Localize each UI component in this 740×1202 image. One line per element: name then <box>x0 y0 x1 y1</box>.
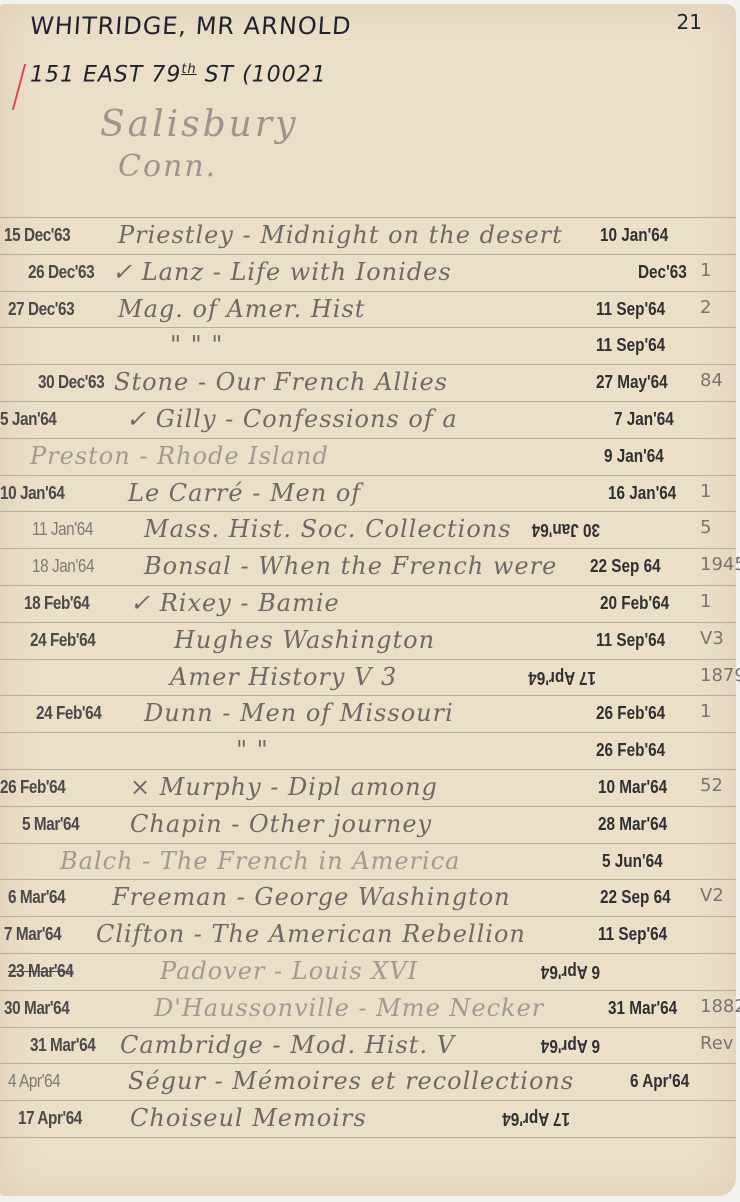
date-out-stamp: 24 Feb'64 <box>36 703 101 724</box>
date-due-stamp: 20 Feb'64 <box>600 593 669 614</box>
date-out-stamp: 27 Dec'63 <box>8 299 74 320</box>
date-out-stamp: 18 Jan'64 <box>32 556 94 577</box>
loan-entry-row: 10 Jan'64Le Carré - Men of16 Jan'641 <box>0 475 736 512</box>
margin-pencil-mark: 1945 <box>700 554 740 575</box>
date-due-stamp: 6 Apr'64 <box>541 1035 600 1056</box>
date-due-stamp: 11 Sep'64 <box>598 924 667 945</box>
date-due-stamp: 22 Sep 64 <box>600 887 671 908</box>
book-title-handwritten: ✓ Lanz - Life with Ionides <box>112 258 452 286</box>
book-title-handwritten: Amer History V 3 <box>170 663 397 691</box>
loan-entry-row: 26 Feb'64× Murphy - Dipl among10 Mar'645… <box>0 769 736 806</box>
loan-entry-row: Amer History V 317 Apr'641879 <box>0 659 736 696</box>
date-due-stamp: 9 Jan'64 <box>604 446 664 467</box>
book-title-handwritten: Padover - Louis XVI <box>160 957 418 985</box>
date-due-stamp: 22 Sep 64 <box>590 556 661 577</box>
date-due-stamp: 17 Apr'64 <box>528 667 596 688</box>
date-out-stamp: 4 Apr'64 <box>8 1071 60 1092</box>
date-due-stamp: 26 Feb'64 <box>596 703 665 724</box>
margin-pencil-mark: 52 <box>700 775 723 796</box>
date-due-stamp: 17 Apr'64 <box>502 1108 570 1129</box>
date-out-stamp: 30 Mar'64 <box>4 998 69 1019</box>
date-out-stamp: 5 Jan'64 <box>0 409 56 430</box>
loan-entry-row: 23 Mar'64Padover - Louis XVI6 Apr'64 <box>0 953 736 990</box>
book-title-handwritten: Stone - Our French Allies <box>114 368 448 396</box>
margin-pencil-mark: 2 <box>700 297 711 318</box>
address-suffix: th <box>181 62 196 77</box>
margin-pencil-mark: 84 <box>700 370 723 391</box>
date-due-stamp: 6 Apr'64 <box>630 1071 689 1092</box>
margin-pencil-mark: Rev <box>700 1033 733 1054</box>
book-title-handwritten: ✓ Rixey - Bamie <box>130 589 340 617</box>
date-due-stamp: 10 Jan'64 <box>600 225 668 246</box>
date-out-stamp: 6 Mar'64 <box>8 887 65 908</box>
book-title-handwritten: Ségur - Mémoires et recollections <box>128 1067 574 1095</box>
loan-entry-row: 31 Mar'64Cambridge - Mod. Hist. V6 Apr'6… <box>0 1027 736 1064</box>
circulation-card: WHITRIDGE, MR ARNOLD 151 EAST 79th ST (1… <box>0 4 736 1196</box>
date-due-stamp: 30 Jan'64 <box>532 519 600 540</box>
book-title-handwritten: ✓ Gilly - Confessions of a <box>126 405 458 433</box>
book-title-handwritten: Clifton - The American Rebellion <box>96 920 526 948</box>
loan-entry-row: " " "11 Sep'64 <box>0 327 736 364</box>
date-out-stamp: 15 Dec'63 <box>4 225 70 246</box>
date-out-stamp: 23 Mar'64 <box>8 961 73 982</box>
loan-entry-row: 30 Mar'64D'Haussonville - Mme Necker31 M… <box>0 990 736 1027</box>
date-out-stamp: 10 Jan'64 <box>0 483 64 504</box>
pencil-note-town: Salisbury <box>100 104 298 145</box>
patron-name: WHITRIDGE, MR ARNOLD <box>29 12 353 40</box>
loan-entry-row: 18 Feb'64✓ Rixey - Bamie20 Feb'641 <box>0 585 736 622</box>
date-out-stamp: 31 Mar'64 <box>30 1035 95 1056</box>
date-out-stamp: 26 Dec'63 <box>28 262 94 283</box>
date-due-stamp: 10 Mar'64 <box>598 777 667 798</box>
address-rest: ST (10021 <box>205 62 327 87</box>
loan-entry-row: 6 Mar'64Freeman - George Washington22 Se… <box>0 879 736 916</box>
loan-entry-row: 4 Apr'64Ségur - Mémoires et recollection… <box>0 1063 736 1100</box>
address-street: 151 EAST 79 <box>30 62 181 87</box>
patron-address: 151 EAST 79th ST (10021 <box>30 62 327 87</box>
loan-entry-row: 30 Dec'63Stone - Our French Allies27 May… <box>0 364 736 401</box>
book-title-handwritten: Balch - The French in America <box>60 847 460 875</box>
card-number: 21 <box>677 10 702 34</box>
margin-pencil-mark: 5 <box>700 517 711 538</box>
red-check-mark <box>0 64 26 110</box>
loan-entry-row: 18 Jan'64Bonsal - When the French were22… <box>0 548 736 585</box>
date-due-stamp: 16 Jan'64 <box>608 483 676 504</box>
loan-entry-row: Balch - The French in America5 Jun'64 <box>0 843 736 880</box>
date-due-stamp: 31 Mar'64 <box>608 998 677 1019</box>
date-due-stamp: Dec'63 <box>638 262 687 283</box>
pencil-note-state: Conn. <box>118 149 217 184</box>
date-out-stamp: 18 Feb'64 <box>24 593 89 614</box>
margin-pencil-mark: 1 <box>700 481 711 502</box>
date-out-stamp: 26 Feb'64 <box>0 777 65 798</box>
loan-entry-row: 5 Jan'64✓ Gilly - Confessions of a7 Jan'… <box>0 401 736 438</box>
margin-pencil-mark: 1 <box>700 591 711 612</box>
book-title-handwritten: Hughes Washington <box>174 626 435 654</box>
book-title-handwritten: " " " <box>170 331 223 359</box>
margin-pencil-mark: V3 <box>700 628 724 649</box>
book-title-handwritten: Mass. Hist. Soc. Collections <box>144 515 512 543</box>
book-title-handwritten: × Murphy - Dipl among <box>130 773 438 801</box>
margin-pencil-mark: 1882 <box>700 996 740 1017</box>
date-out-stamp: 24 Feb'64 <box>30 630 95 651</box>
book-title-handwritten: Cambridge - Mod. Hist. V <box>120 1031 455 1059</box>
date-due-stamp: 28 Mar'64 <box>598 814 667 835</box>
book-title-handwritten: Choiseul Memoirs <box>130 1104 367 1132</box>
loan-entry-row: " "26 Feb'64 <box>0 732 736 769</box>
margin-pencil-mark: V2 <box>700 885 724 906</box>
margin-pencil-mark: 1 <box>700 260 711 281</box>
loan-entry-row: 26 Dec'63✓ Lanz - Life with IonidesDec'6… <box>0 254 736 291</box>
book-title-handwritten: Bonsal - When the French were <box>144 552 557 580</box>
book-title-handwritten: Freeman - George Washington <box>112 883 511 911</box>
book-title-handwritten: Preston - Rhode Island <box>30 442 329 470</box>
date-out-stamp: 7 Mar'64 <box>4 924 61 945</box>
margin-pencil-mark: 1879 <box>700 665 740 686</box>
loan-entry-row: 24 Feb'64Dunn - Men of Missouri26 Feb'64… <box>0 695 736 732</box>
loan-entry-row: 24 Feb'64Hughes Washington11 Sep'64V3 <box>0 622 736 659</box>
date-due-stamp: 11 Sep'64 <box>596 335 665 356</box>
loan-entry-row: 27 Dec'63Mag. of Amer. Hist11 Sep'642 <box>0 291 736 328</box>
date-out-stamp: 30 Dec'63 <box>38 372 104 393</box>
loan-entry-row: Preston - Rhode Island9 Jan'64 <box>0 438 736 475</box>
book-title-handwritten: Chapin - Other journey <box>130 810 432 838</box>
date-out-stamp: 5 Mar'64 <box>22 814 79 835</box>
date-due-stamp: 6 Apr'64 <box>541 961 600 982</box>
loan-entry-row: 7 Mar'64Clifton - The American Rebellion… <box>0 916 736 953</box>
margin-pencil-mark: 1 <box>700 701 711 722</box>
book-title-handwritten: Priestley - Midnight on the desert <box>118 221 563 249</box>
date-out-stamp: 11 Jan'64 <box>32 519 93 540</box>
loan-entry-row: 17 Apr'64Choiseul Memoirs17 Apr'64 <box>0 1100 736 1137</box>
loan-entry-row: 5 Mar'64Chapin - Other journey28 Mar'64 <box>0 806 736 843</box>
date-due-stamp: 11 Sep'64 <box>596 630 665 651</box>
loan-entry-row: 15 Dec'63Priestley - Midnight on the des… <box>0 217 736 254</box>
book-title-handwritten: Le Carré - Men of <box>128 479 361 507</box>
date-due-stamp: 26 Feb'64 <box>596 740 665 761</box>
book-title-handwritten: Dunn - Men of Missouri <box>144 699 454 727</box>
date-due-stamp: 5 Jun'64 <box>602 851 663 872</box>
book-title-handwritten: Mag. of Amer. Hist <box>118 295 365 323</box>
date-out-stamp: 17 Apr'64 <box>18 1108 82 1129</box>
date-due-stamp: 7 Jan'64 <box>614 409 674 430</box>
loan-entry-row: 11 Jan'64Mass. Hist. Soc. Collections30 … <box>0 511 736 548</box>
date-due-stamp: 11 Sep'64 <box>596 299 665 320</box>
book-title-handwritten: " " <box>236 736 269 764</box>
book-title-handwritten: D'Haussonville - Mme Necker <box>154 994 544 1022</box>
date-due-stamp: 27 May'64 <box>596 372 668 393</box>
